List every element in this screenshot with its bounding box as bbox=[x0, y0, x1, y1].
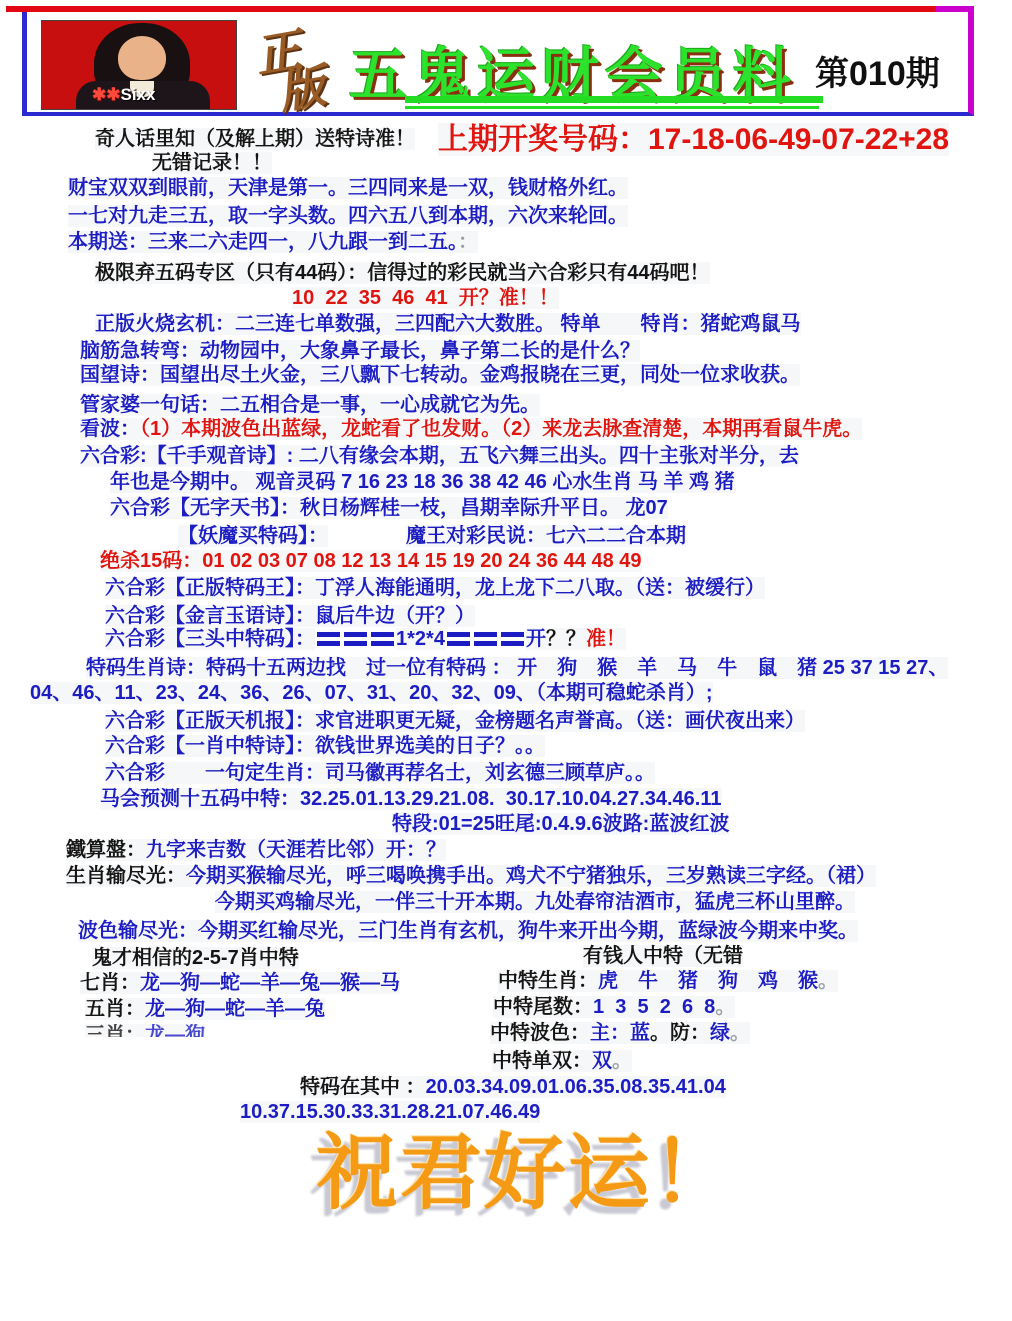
guanyin-line-1: 六合彩:【千手观音诗】: 二八有缘会本期，五飞六舞三出头。四十主张对半分，去 bbox=[80, 445, 799, 468]
censored-block bbox=[371, 632, 394, 646]
zhongte-weishu-line: 中特尾数：1 3 5 2 6 8。 bbox=[493, 996, 735, 1019]
greeting-text: 祝君好运！ bbox=[316, 1108, 736, 1225]
wuxiao-line: 五肖：龙—狗—蛇—羊—兔 bbox=[85, 998, 325, 1021]
shengxiao-shujin-2: 今期买鸡输尽光，一伴三十开本期。九处春帘洁酒市，猛虎三杯山里醉。 bbox=[215, 891, 855, 914]
edition-mark: 正 版 bbox=[253, 30, 353, 114]
censored-block bbox=[474, 632, 497, 646]
juesha-line: 绝杀15码：01 02 03 07 08 12 13 14 15 19 20 2… bbox=[100, 550, 642, 573]
mahui-15ma-line: 马会预测十五码中特：32.25.01.13.29.21.08. 30.17.10… bbox=[100, 788, 722, 811]
tema-zaiqizhong-line: 特码在其中 ：20.03.34.09.01.06.35.08.35.41.04 bbox=[300, 1076, 726, 1099]
last-draw-result: 上期开奖号码：17-18-06-49-07-22+28 bbox=[438, 128, 949, 151]
yixiao-line: 六合彩【一肖中特诗】：欲钱世界选美的日子？。。 bbox=[105, 735, 545, 758]
huoshao-line: 正版火烧玄机：二三连七单数强，三四配六大数胜。 特单 特肖：猪蛇鸡鼠马 bbox=[95, 313, 801, 336]
temawang-line: 六合彩【正版特码王】：丁浮人海能通明，龙上龙下二八取。（送：被缓行） bbox=[105, 577, 765, 600]
masthead-photo: ✱✱Sixx bbox=[41, 20, 237, 110]
guanyin-line-2: 年也是今期中。 观音灵码 7 16 23 18 36 38 42 46 心水生肖… bbox=[110, 471, 735, 494]
bose-shujin-line: 波色输尽光：今期买红输尽光，三门生肖有玄机，狗牛来开出今期，蓝绿波今期来中奖。 bbox=[78, 920, 858, 943]
title-underline-thin bbox=[405, 106, 819, 109]
shengxiaoshi-line-2: 04、46、11、23、24、36、26、07、31、20、32、09、（本期可… bbox=[30, 682, 713, 705]
44ma-line: 极限弃五码专区（只有44码）：信得过的彩民就当六合彩只有44码吧！ bbox=[95, 262, 710, 285]
censored-block bbox=[447, 632, 470, 646]
teduan-line: 特段:01=25旺尾:0.4.9.6波路:蓝波红波 bbox=[392, 813, 729, 836]
santou-line: 六合彩【三头中特码】：1*2*4开？？准！ bbox=[105, 628, 626, 651]
intro-line-1: 奇人话里知（及解上期）送特诗准！ bbox=[95, 128, 415, 151]
guanjiapo-line: 管家婆一句话：二五相合是一事，一心成就它为先。 bbox=[80, 394, 540, 417]
wuzitianshu-line: 六合彩【无字天书】：秋日杨辉桂一枝，昌期幸际升平日。 龙07 bbox=[110, 497, 668, 520]
edition-char-2: 版 bbox=[275, 62, 328, 115]
photo-watermark-text: Sixx bbox=[121, 85, 156, 104]
sanxiao-line: 三肖：龙—狗 bbox=[85, 1024, 205, 1037]
title-underline-thick bbox=[405, 96, 823, 103]
44ma-numbers: 10 22 35 46 41 开？准！！ bbox=[292, 287, 559, 310]
censored-block bbox=[317, 632, 340, 646]
poem-line-1: 财宝双双到眼前，天津是第一。三四同来是一双，钱财格外红。 bbox=[68, 177, 628, 200]
shengxiao-shujin-1: 生肖输尽光：今期买猴输尽光，呼三喝唤携手出。鸡犬不宁猪独乐，三岁熟读三字经。（裙… bbox=[66, 865, 876, 888]
jinyan-line: 六合彩【金言玉语诗】：鼠后牛边（开？） bbox=[105, 605, 475, 628]
kanbo-line: 看波：（1）本期波色出蓝绿，龙蛇看了也发财。（2）来龙去脉查清楚，本期再看鼠牛虎… bbox=[80, 418, 862, 441]
shengxiaoshi-line-1: 特码生肖诗：特码十五两边找 过一位有特码 ： 开 狗 猴 羊 马 牛 鼠 猪 2… bbox=[86, 657, 948, 680]
naojin-line: 脑筋急转弯：动物园中，大象鼻子最长，鼻子第二长的是什么？ bbox=[80, 340, 640, 363]
photo-face bbox=[118, 36, 166, 80]
yijuding-line: 六合彩 一句定生肖：司马徽再荐名士，刘玄德三顾草庐。。 bbox=[105, 762, 655, 785]
page: ✱✱Sixx 正 版 五鬼运财会员料 第010期 奇人话里知（及解上期）送特诗准… bbox=[0, 0, 1012, 1321]
tiesuanpan-line: 鐵算盤：九字来吉数（天涯若比邻）开：？ bbox=[66, 839, 446, 862]
yaomo-line: 【妖魔买特码】：魔王对彩民说：七六二二合本期 bbox=[178, 525, 686, 548]
censored-block bbox=[344, 632, 367, 646]
issue-number: 第010期 bbox=[815, 46, 940, 95]
youqianren-heading: 有钱人中特（无错 bbox=[583, 945, 743, 968]
guicai-heading: 鬼才相信的2-5-7肖中特 bbox=[92, 947, 299, 970]
tianjibao-line: 六合彩【正版天机报】：求官进职更无疑，金榜题名声誉高。（送：画伏夜出来） bbox=[105, 710, 805, 733]
censored-block bbox=[501, 632, 524, 646]
masthead: ✱✱Sixx 正 版 五鬼运财会员料 第010期 bbox=[22, 12, 974, 116]
zhongte-danshuang-line: 中特单双：双。 bbox=[492, 1050, 632, 1073]
zhongte-bose-line: 中特波色：主：蓝。防：绿。 bbox=[490, 1022, 750, 1045]
zhongte-shengxiao-line: 中特生肖：虎 牛 猪 狗 鸡 猴。 bbox=[498, 970, 838, 993]
photo-watermark: ✱✱Sixx bbox=[92, 85, 155, 105]
photo-watermark-mark: ✱✱ bbox=[92, 85, 121, 104]
benqisong-line: 本期送：三来二六走四一，八九跟一到二五。： bbox=[68, 231, 478, 254]
poem-line-2: 一七对九走三五，取一字头数。四六五八到本期，六次来轮回。 bbox=[68, 205, 628, 228]
intro-line-2: 无错记录！！ bbox=[152, 152, 272, 175]
qixiao-line: 七肖：龙—狗—蛇—羊—兔—猴—马 bbox=[80, 972, 400, 995]
guowang-line: 国望诗：国望出尽土火金，三八飘下七转动。金鸡报晓在三更，同处一位求收获。 bbox=[80, 364, 800, 387]
